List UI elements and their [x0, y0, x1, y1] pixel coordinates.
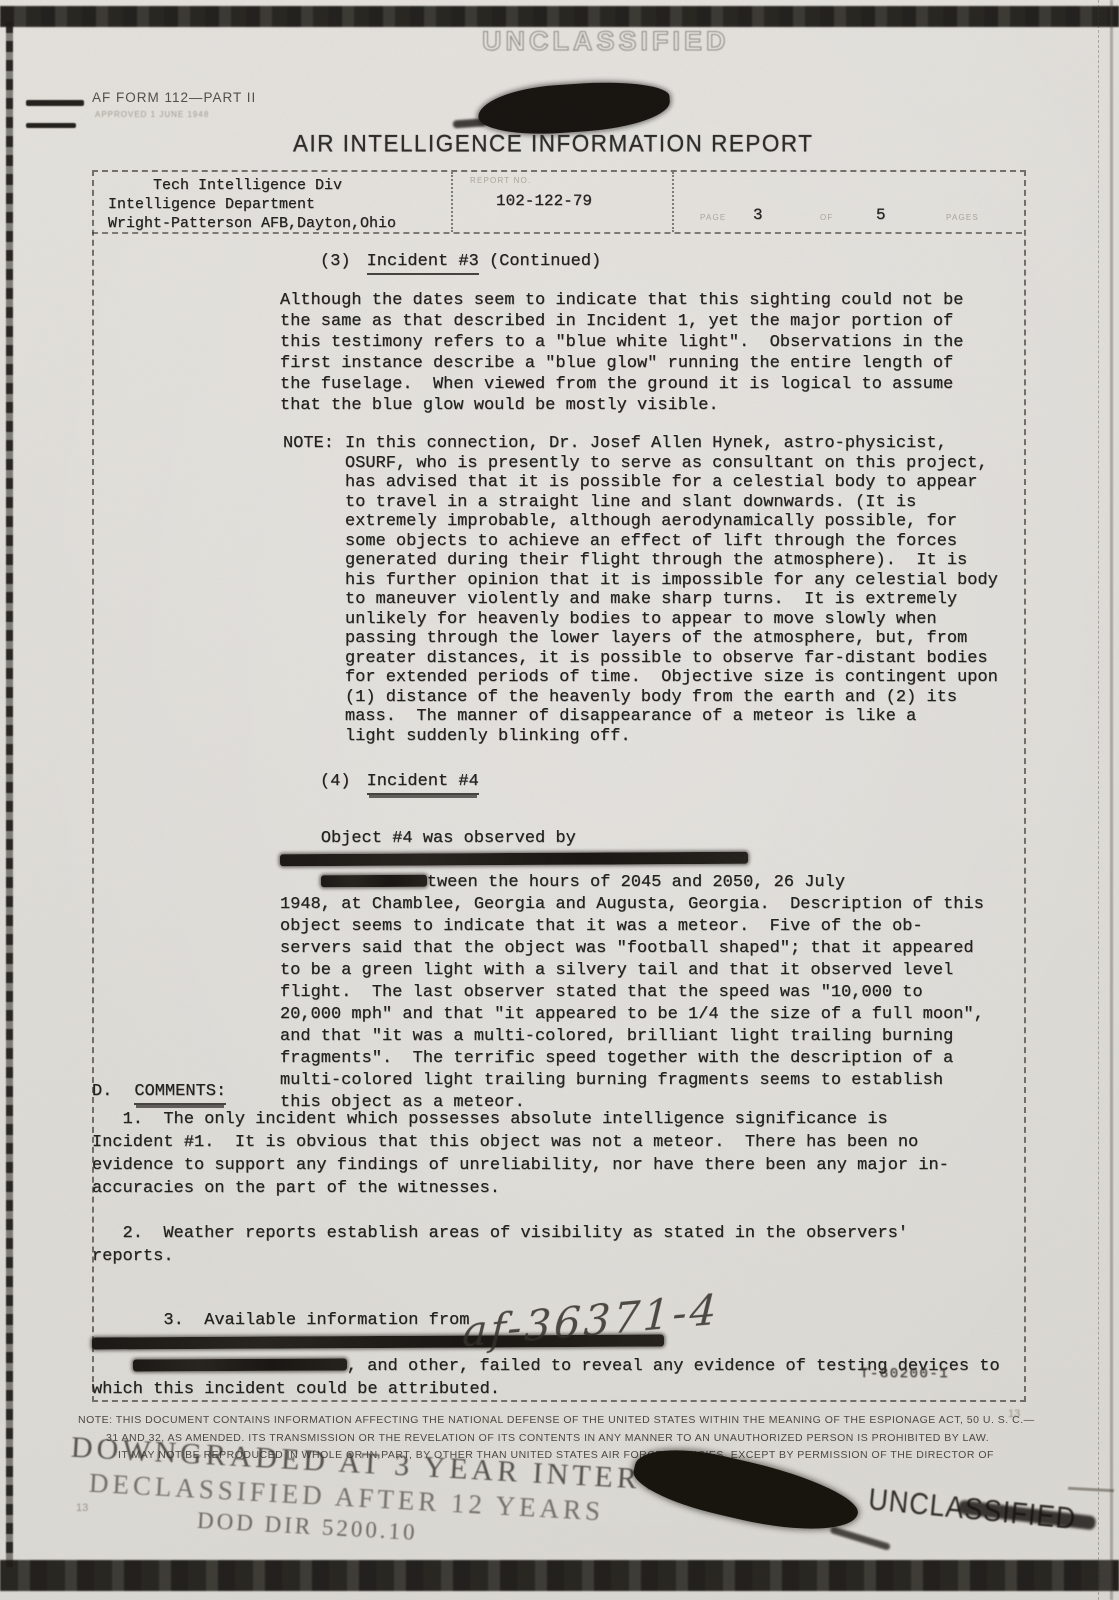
report-number: 102-122-79 — [496, 192, 592, 210]
film-edge-line — [6, 22, 13, 1567]
comment-1: 1. The only incident which possesses abs… — [92, 1108, 1022, 1200]
comments-index: D. — [92, 1082, 112, 1101]
unclassified-stamp-top: UNCLASSIFIED — [482, 26, 730, 57]
scan-line-right — [1098, 0, 1099, 1600]
faint-scan-mark — [1068, 1487, 1114, 1492]
incident4-title: Incident #4 — [367, 772, 479, 795]
comment-3-intro: 3. Available information from — [133, 1311, 480, 1330]
page-label: PAGE — [700, 213, 726, 222]
incident4-heading: (4)Incident #4 — [320, 772, 479, 791]
page-number: 3 — [753, 206, 763, 224]
incident3-heading: (3)Incident #3 (Continued) — [320, 252, 601, 271]
margin-registration-dash — [26, 123, 76, 128]
header-column-separator — [451, 172, 453, 232]
incident3-title: Incident #3 — [367, 252, 479, 275]
redacted-sources-bar — [133, 1358, 347, 1371]
header-column-separator — [672, 172, 674, 232]
comments-title: COMMENTS: — [134, 1082, 226, 1105]
scanned-document-page: UNCLASSIFIED AF FORM 112—PART II APPROVE… — [0, 0, 1119, 1600]
margin-registration-dash — [26, 100, 84, 106]
note-paragraph: In this connection, Dr. Josef Allen Hyne… — [345, 434, 1025, 746]
form-approved-date: APPROVED 1 JUNE 1948 — [95, 110, 209, 119]
margin-mark: 13 — [1008, 1408, 1020, 1420]
scan-edge-band-bottom — [0, 1560, 1119, 1591]
comment-2: 2. Weather reports establish areas of vi… — [92, 1222, 1022, 1268]
pages-label: PAGES — [946, 213, 979, 222]
page-title: AIR INTELLIGENCE INFORMATION REPORT — [293, 130, 813, 157]
scan-edge-band-top — [0, 6, 1119, 27]
incident3-paragraph: Although the dates seem to indicate that… — [280, 290, 980, 416]
originating-agency: Tech Intelligence Div Intelligence Depar… — [108, 176, 396, 233]
form-number: AF FORM 112—PART II — [92, 90, 256, 105]
redacted-names-bar — [321, 875, 427, 888]
total-pages: 5 — [876, 206, 886, 224]
redacted-names-bar — [280, 852, 748, 866]
comments-heading: D.COMMENTS: — [92, 1082, 226, 1101]
incident4-index: (4) — [320, 772, 351, 791]
report-no-label: REPORT NO. — [470, 176, 532, 185]
note-label: NOTE: — [283, 434, 334, 453]
control-number: T-80200-1 — [860, 1366, 949, 1382]
security-note-line1: NOTE: THIS DOCUMENT CONTAINS INFORMATION… — [78, 1414, 1035, 1426]
incident3-title-suffix: (Continued) — [489, 252, 601, 271]
of-label: OF — [820, 213, 834, 222]
incident4-paragraph: Object #4 was observed by tween the hour… — [280, 806, 1020, 1136]
scan-edge-right — [1110, 0, 1113, 1600]
margin-mark: 13 — [76, 1502, 88, 1514]
incident4-body: tween the hours of 2045 and 2050, 26 Jul… — [280, 873, 984, 1112]
incident4-intro: Object #4 was observed by — [321, 829, 586, 848]
incident3-index: (3) — [320, 252, 351, 271]
